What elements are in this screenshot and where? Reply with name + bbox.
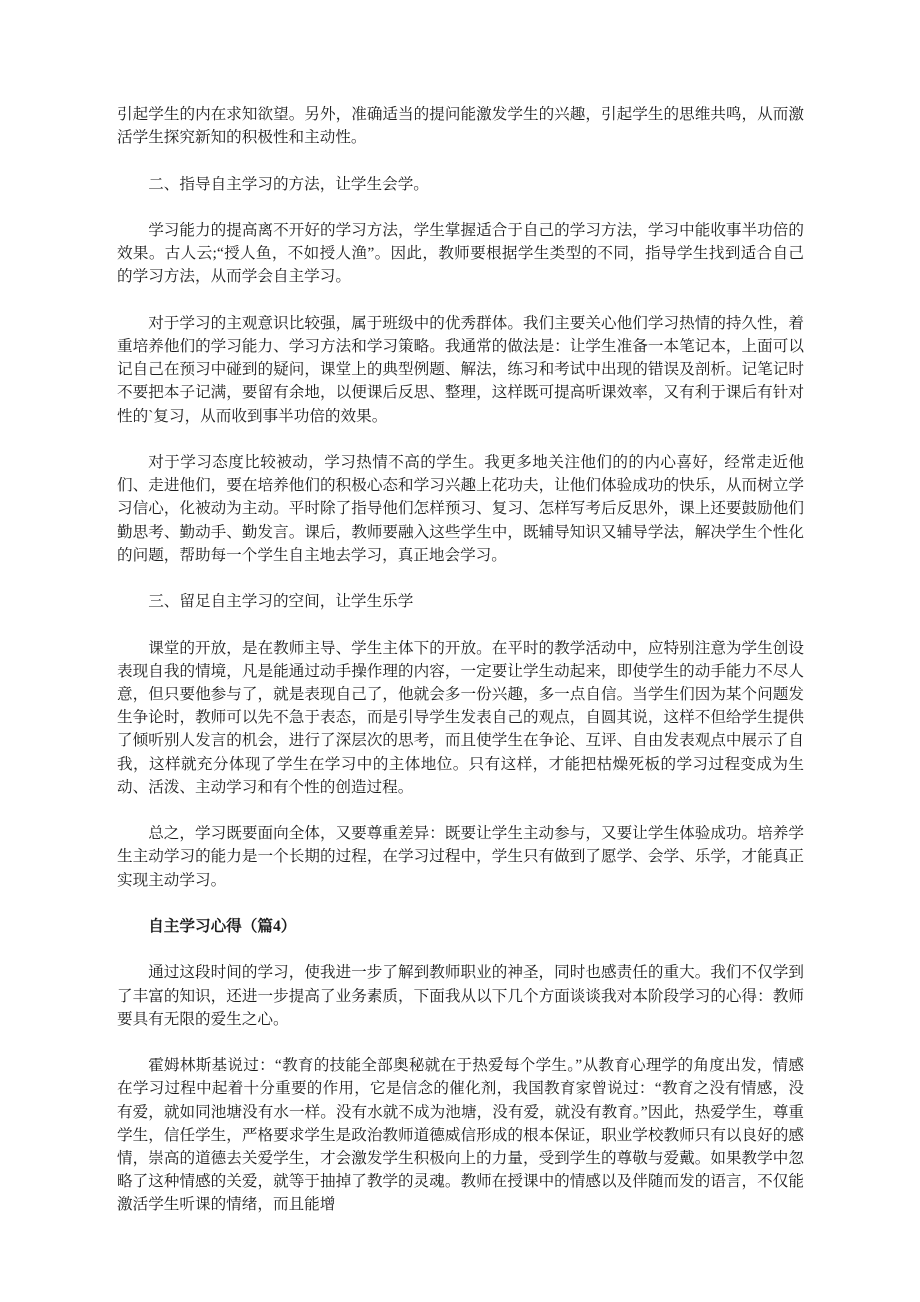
document-page: 引起学生的内在求知欲望。另外，准确适当的提问能激发学生的兴趣，引起学生的思维共鸣… xyxy=(0,0,920,1302)
section-heading: 自主学习心得（篇4） xyxy=(117,915,804,938)
paragraph: 通过这段时间的学习，使我进一步了解到教师职业的神圣，同时也感责任的重大。我们不仅… xyxy=(117,961,804,1031)
paragraph: 对于学习的主观意识比较强，属于班级中的优秀群体。我们主要关心他们学习热情的持久性… xyxy=(117,312,804,428)
paragraph: 霍姆林斯基说过：“教育的技能全部奥秘就在于热爱每个学生。”从教育心理学的角度出发… xyxy=(117,1054,804,1216)
paragraph: 总之，学习既要面向全体，又要尊重差异：既要让学生主动参与，又要让学生体验成功。培… xyxy=(117,822,804,892)
paragraph: 学习能力的提高离不开好的学习方法，学生掌握适合于自己的学习方法，学习中能收事半功… xyxy=(117,219,804,289)
paragraph: 课堂的开放，是在教师主导、学生主体下的开放。在平时的教学活动中，应特别注意为学生… xyxy=(117,637,804,799)
paragraph: 引起学生的内在求知欲望。另外，准确适当的提问能激发学生的兴趣，引起学生的思维共鸣… xyxy=(117,103,804,149)
paragraph: 二、指导自主学习的方法，让学生会学。 xyxy=(117,173,804,196)
paragraph: 三、留足自主学习的空间，让学生乐学 xyxy=(117,590,804,613)
paragraph: 对于学习态度比较被动，学习热情不高的学生。我更多地关注他们的的内心喜好，经常走近… xyxy=(117,451,804,567)
document-body: 引起学生的内在求知欲望。另外，准确适当的提问能激发学生的兴趣，引起学生的思维共鸣… xyxy=(117,103,804,1217)
